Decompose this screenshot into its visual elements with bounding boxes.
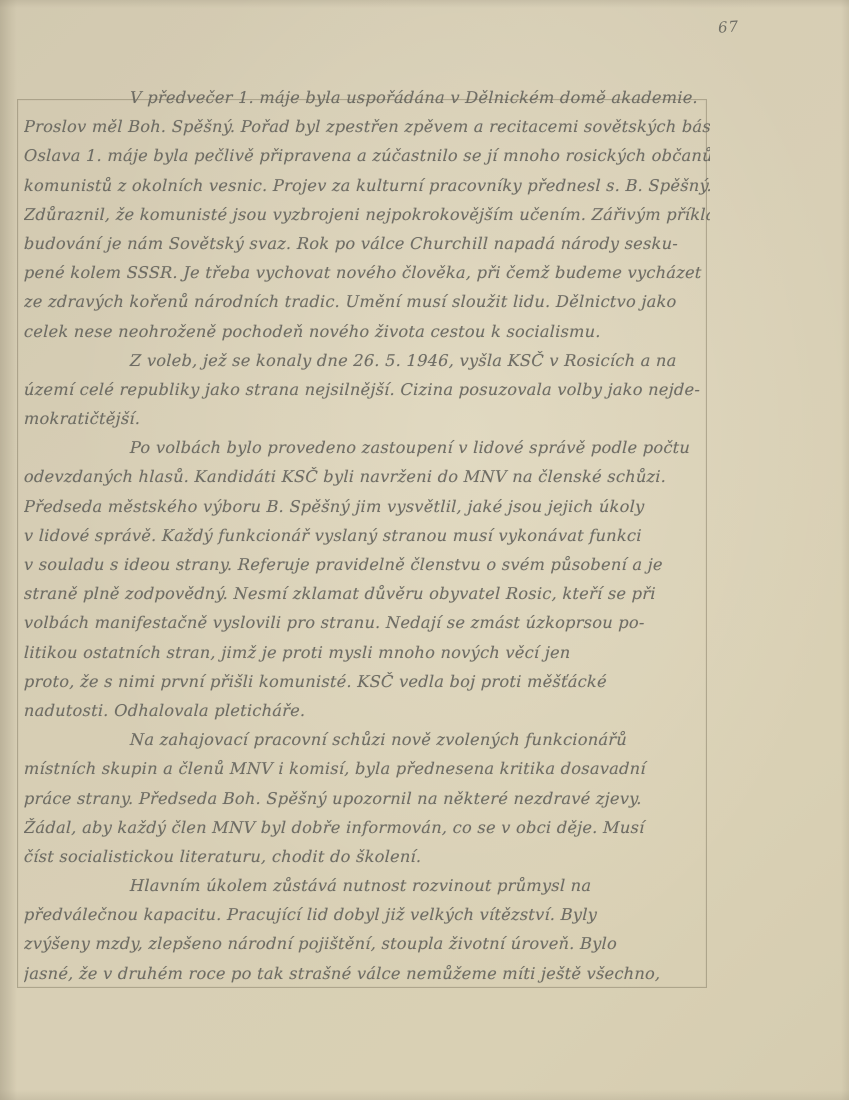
manuscript-line: v souladu s ideou strany. Referuje pravi… <box>24 550 710 579</box>
manuscript-line: nadutosti. Odhalovala pleticháře. <box>24 696 710 725</box>
manuscript-line: zvýšeny mzdy, zlepšeno národní pojištění… <box>24 929 710 958</box>
manuscript-line: budování je nám Sovětský svaz. Rok po vá… <box>24 229 710 258</box>
manuscript-line: číst socialistickou literaturu, chodit d… <box>24 842 710 871</box>
manuscript-line: Proslov měl Boh. Spěšný. Pořad byl zpest… <box>24 112 710 141</box>
manuscript-line: Hlavním úkolem zůstává nutnost rozvinout… <box>24 871 710 900</box>
page-edge-shadow-bottom <box>0 1090 849 1100</box>
manuscript-line: Žádal, aby každý člen MNV byl dobře info… <box>24 813 710 842</box>
manuscript-line: předválečnou kapacitu. Pracující lid dob… <box>24 900 710 929</box>
manuscript-line: komunistů z okolních vesnic. Projev za k… <box>24 171 710 200</box>
page-number: 67 <box>717 17 739 36</box>
manuscript-line: odevzdaných hlasů. Kandidáti KSČ byli na… <box>24 462 710 491</box>
page-edge-shadow-top <box>0 0 849 8</box>
manuscript-line: mokratičtější. <box>24 404 710 433</box>
manuscript-line: jasné, že v druhém roce po tak strašné v… <box>24 959 710 988</box>
page-edge-shadow-right <box>841 0 849 1100</box>
handwritten-text-block: V předvečer 1. máje byla uspořádána v Dě… <box>24 83 710 988</box>
manuscript-line: Na zahajovací pracovní schůzi nově zvole… <box>24 725 710 754</box>
manuscript-line: Po volbách bylo provedeno zastoupení v l… <box>24 433 710 462</box>
manuscript-line: Z voleb, jež se konaly dne 26. 5. 1946, … <box>24 346 710 375</box>
manuscript-line: v lidové správě. Každý funkcionář vyslan… <box>24 521 710 550</box>
manuscript-line: Zdůraznil, že komunisté jsou vyzbrojeni … <box>24 200 710 229</box>
manuscript-line: ze zdravých kořenů národních tradic. Umě… <box>24 287 710 316</box>
manuscript-line: straně plně zodpovědný. Nesmí zklamat dů… <box>24 579 710 608</box>
manuscript-line: Oslava 1. máje byla pečlivě připravena a… <box>24 141 710 170</box>
manuscript-line: Předseda městského výboru B. Spěšný jim … <box>24 492 710 521</box>
manuscript-line: V předvečer 1. máje byla uspořádána v Dě… <box>24 83 710 112</box>
manuscript-line: litikou ostatních stran, jimž je proti m… <box>24 638 710 667</box>
chronicle-page: 67 V předvečer 1. máje byla uspořádána v… <box>0 0 849 1100</box>
manuscript-line: pené kolem SSSR. Je třeba vychovat novéh… <box>24 258 710 287</box>
manuscript-line: území celé republiky jako strana nejsiln… <box>24 375 710 404</box>
manuscript-line: práce strany. Předseda Boh. Spěšný upozo… <box>24 784 710 813</box>
manuscript-line: místních skupin a členů MNV i komisí, by… <box>24 754 710 783</box>
page-edge-shadow-left <box>0 0 17 1100</box>
manuscript-line: proto, že s nimi první přišli komunisté.… <box>24 667 710 696</box>
manuscript-line: celek nese neohroženě pochodeň nového ži… <box>24 317 710 346</box>
manuscript-line: volbách manifestačně vyslovili pro stran… <box>24 608 710 637</box>
